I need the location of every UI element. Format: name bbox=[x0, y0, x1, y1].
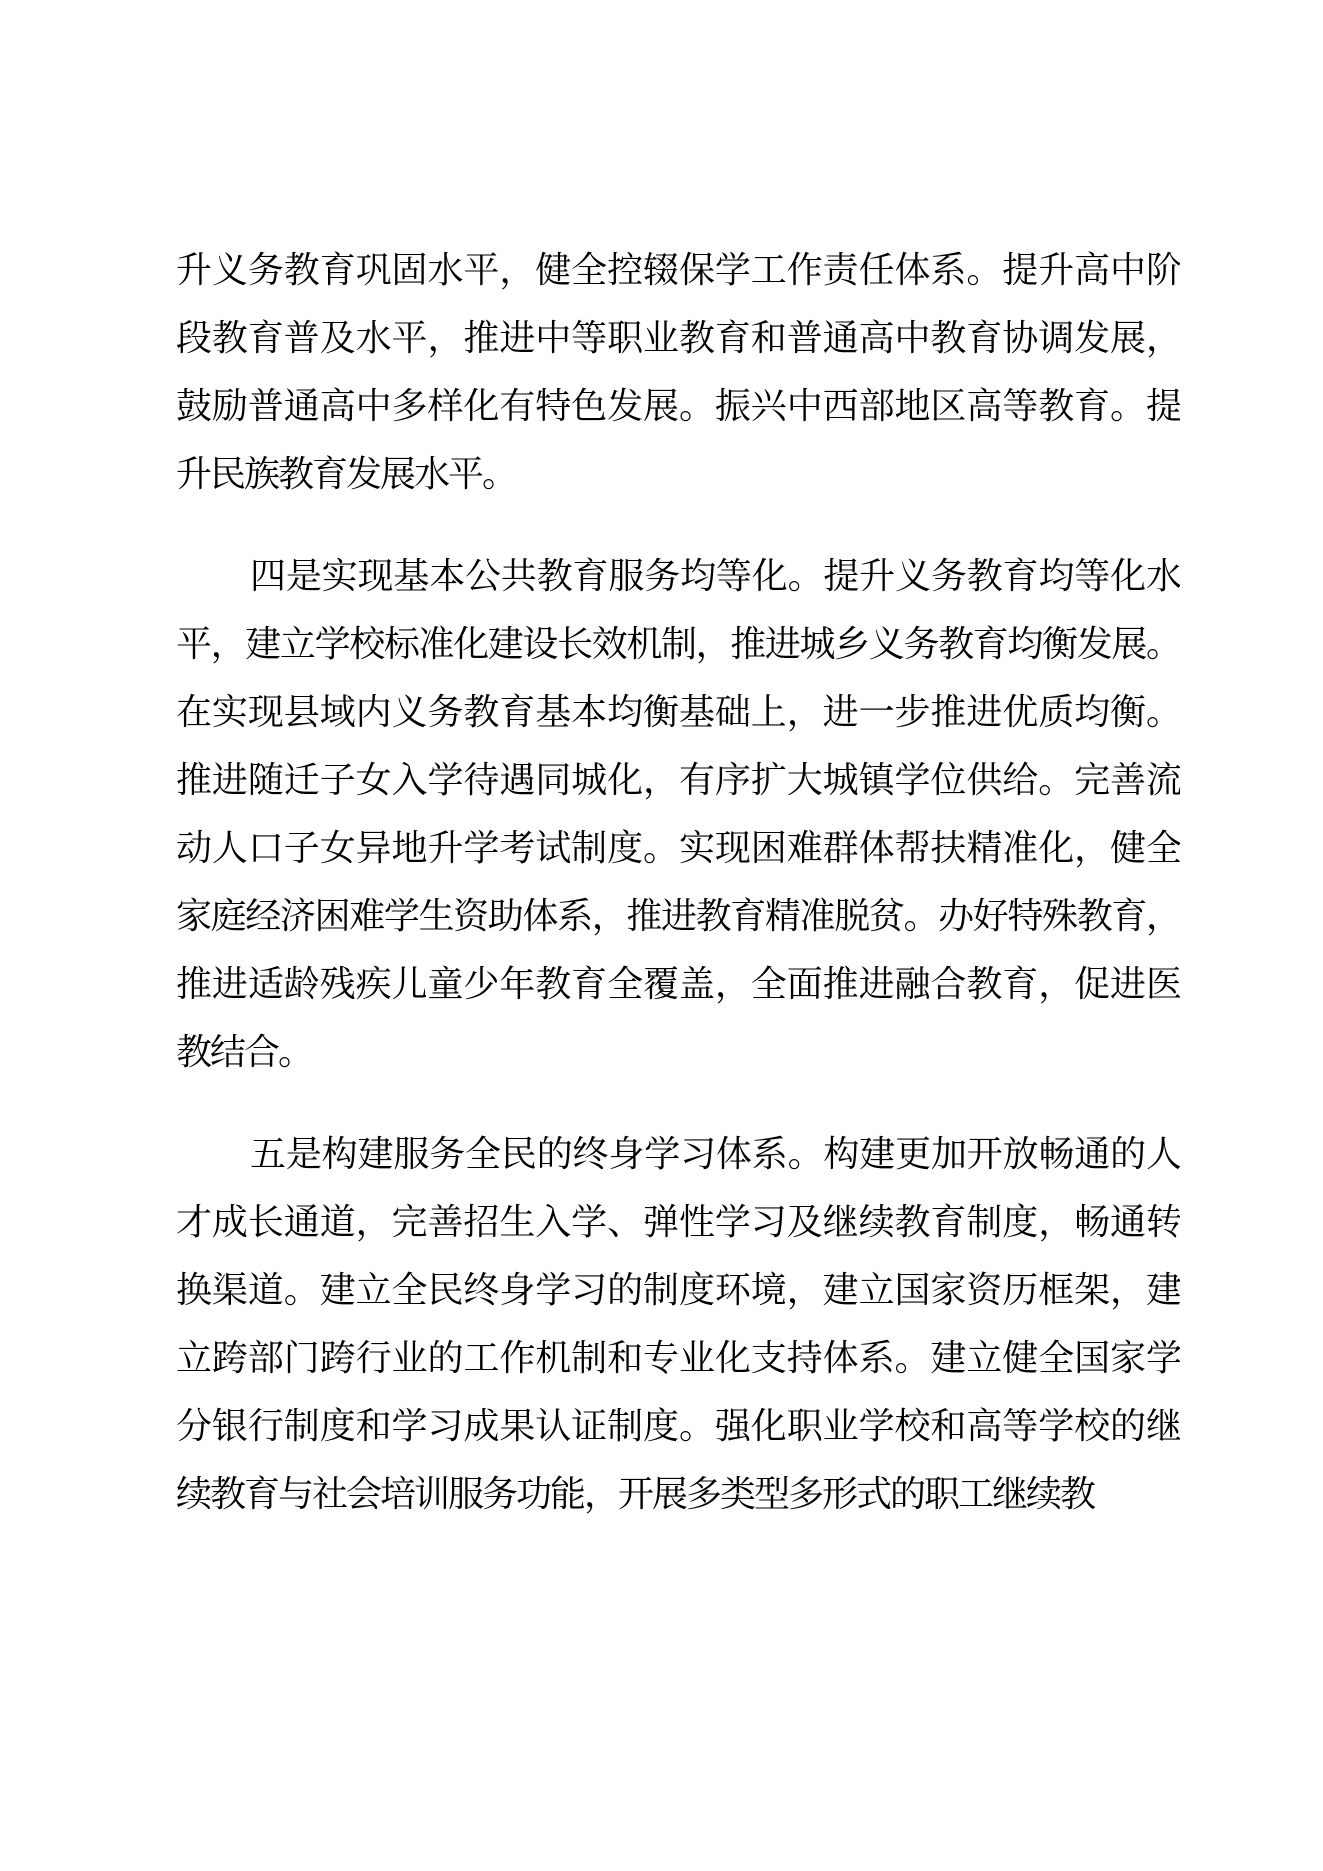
text-line: 立跨部门跨行业的工作机制和专业化支持体系。建立健全国家学 bbox=[176, 1324, 1180, 1392]
text-line: 推进适龄残疾儿童少年教育全覆盖，全面推进融合教育，促进医 bbox=[176, 950, 1180, 1018]
text-line: 才成长通道，完善招生入学、弹性学习及继续教育制度，畅通转 bbox=[176, 1188, 1180, 1256]
text-line: 升义务教育巩固水平，健全控辍保学工作责任体系。提升高中阶 bbox=[176, 236, 1180, 304]
paragraph: 五是构建服务全民的终身学习体系。构建更加开放畅通的人才成长通道，完善招生入学、弹… bbox=[176, 1120, 1180, 1528]
text-line: 续教育与社会培训服务功能，开展多类型多形式的职工继续教 bbox=[176, 1460, 1180, 1528]
text-line: 推进随迁子女入学待遇同城化，有序扩大城镇学位供给。完善流 bbox=[176, 746, 1180, 814]
text-line: 段教育普及水平，推进中等职业教育和普通高中教育协调发展， bbox=[176, 304, 1180, 372]
document-body: 升义务教育巩固水平，健全控辍保学工作责任体系。提升高中阶段教育普及水平，推进中等… bbox=[176, 236, 1180, 1528]
text-line: 分银行制度和学习成果认证制度。强化职业学校和高等学校的继 bbox=[176, 1392, 1180, 1460]
text-line: 四是实现基本公共教育服务均等化。提升义务教育均等化水 bbox=[176, 542, 1180, 610]
paragraph: 升义务教育巩固水平，健全控辍保学工作责任体系。提升高中阶段教育普及水平，推进中等… bbox=[176, 236, 1180, 508]
document-page: 升义务教育巩固水平，健全控辍保学工作责任体系。提升高中阶段教育普及水平，推进中等… bbox=[0, 0, 1323, 1871]
text-line: 动人口子女异地升学考试制度。实现困难群体帮扶精准化，健全 bbox=[176, 814, 1180, 882]
text-line: 五是构建服务全民的终身学习体系。构建更加开放畅通的人 bbox=[176, 1120, 1180, 1188]
text-line: 换渠道。建立全民终身学习的制度环境，建立国家资历框架，建 bbox=[176, 1256, 1180, 1324]
text-line: 在实现县域内义务教育基本均衡基础上，进一步推进优质均衡。 bbox=[176, 678, 1180, 746]
paragraph: 四是实现基本公共教育服务均等化。提升义务教育均等化水平，建立学校标准化建设长效机… bbox=[176, 542, 1180, 1086]
text-line: 教结合。 bbox=[176, 1018, 1180, 1086]
text-line: 家庭经济困难学生资助体系，推进教育精准脱贫。办好特殊教育， bbox=[176, 882, 1180, 950]
text-line: 鼓励普通高中多样化有特色发展。振兴中西部地区高等教育。提 bbox=[176, 372, 1180, 440]
text-line: 升民族教育发展水平。 bbox=[176, 440, 1180, 508]
text-line: 平，建立学校标准化建设长效机制，推进城乡义务教育均衡发展。 bbox=[176, 610, 1180, 678]
